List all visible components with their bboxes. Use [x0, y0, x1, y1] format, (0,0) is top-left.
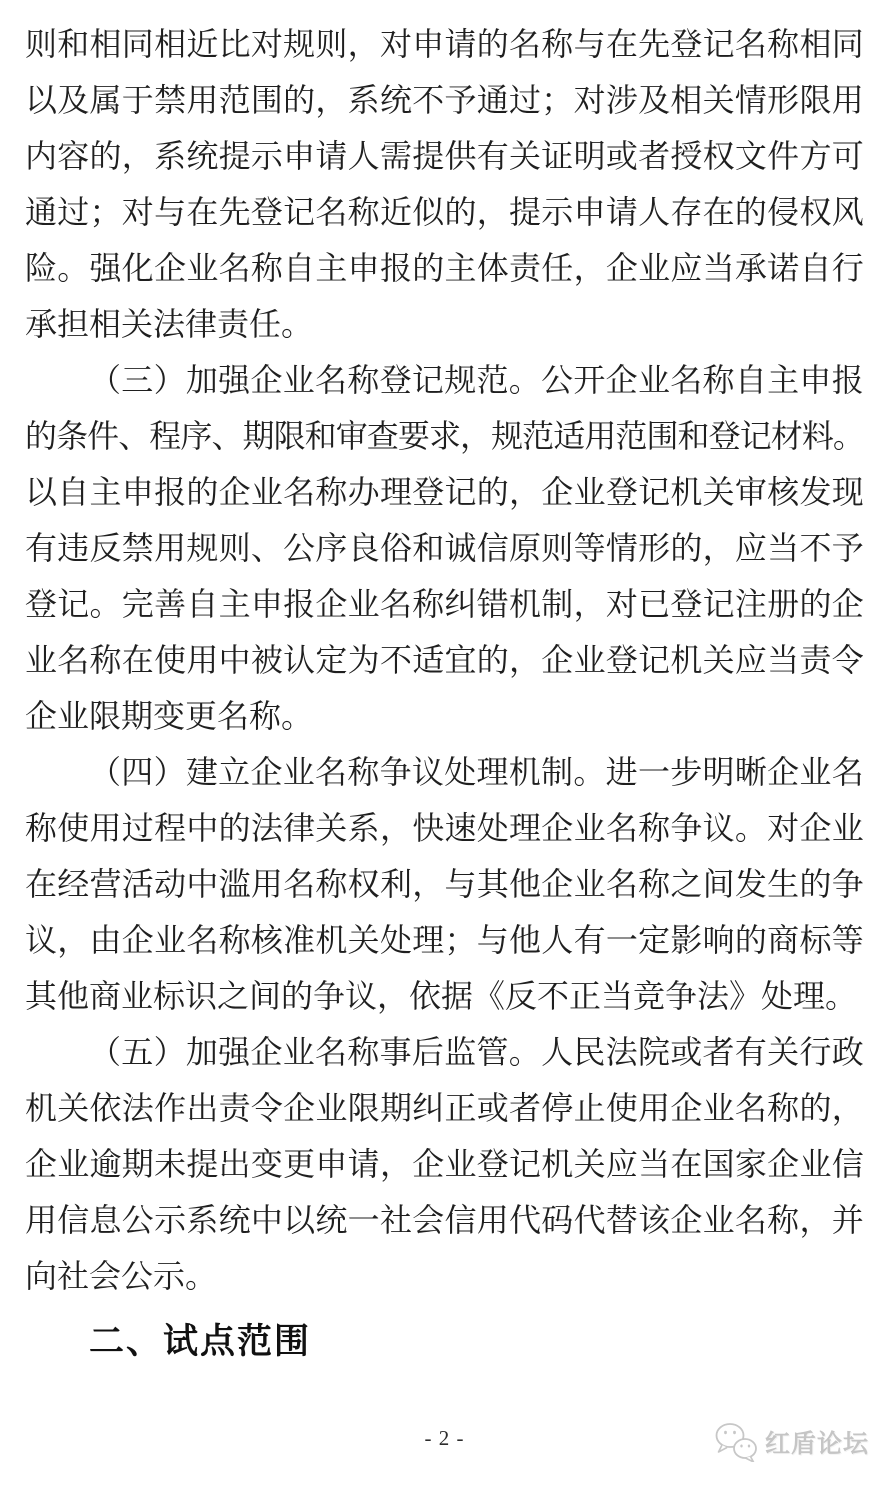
watermark-text: 红盾论坛	[765, 1424, 869, 1460]
text-line: 以自主申报的企业名称办理登记的，企业登记机关审核发现	[25, 464, 864, 520]
text-line: 企业逾期未提出变更申请，企业登记机关应当在国家企业信	[25, 1136, 864, 1192]
paragraphs-container: 则和相同相近比对规则，对申请的名称与在先登记名称相同以及属于禁用范围的，系统不予…	[25, 16, 864, 1304]
text-line: （五）加强企业名称事后监管。人民法院或者有关行政	[25, 1024, 864, 1080]
text-line: 则和相同相近比对规则，对申请的名称与在先登记名称相同	[25, 16, 864, 72]
text-line: 在经营活动中滥用名称权利，与其他企业名称之间发生的争	[25, 856, 864, 912]
text-line: 通过；对与在先登记名称近似的，提示申请人存在的侵权风	[25, 184, 864, 240]
text-line: 企业限期变更名称。	[25, 688, 864, 744]
text-line: 有违反禁用规则、公序良俗和诚信原则等情形的，应当不予	[25, 520, 864, 576]
watermark: 红盾论坛	[714, 1422, 869, 1462]
text-line: 承担相关法律责任。	[25, 296, 864, 352]
paragraph: （五）加强企业名称事后监管。人民法院或者有关行政机关依法作出责令企业限期纠正或者…	[25, 1024, 864, 1304]
text-line: 机关依法作出责令企业限期纠正或者停止使用企业名称的，	[25, 1080, 864, 1136]
text-line: 议，由企业名称核准机关处理；与他人有一定影响的商标等	[25, 912, 864, 968]
text-line: （四）建立企业名称争议处理机制。进一步明晰企业名	[25, 744, 864, 800]
text-line: 用信息公示系统中以统一社会信用代码代替该企业名称，并	[25, 1192, 864, 1248]
text-line: 险。强化企业名称自主申报的主体责任，企业应当承诺自行	[25, 240, 864, 296]
text-line: 以及属于禁用范围的，系统不予通过；对涉及相关情形限用	[25, 72, 864, 128]
text-line: 业名称在使用中被认定为不适宜的，企业登记机关应当责令	[25, 632, 864, 688]
document-page: 则和相同相近比对规则，对申请的名称与在先登记名称相同以及属于禁用范围的，系统不予…	[0, 0, 889, 1485]
paragraph: （三）加强企业名称登记规范。公开企业名称自主申报的条件、程序、期限和审查要求，规…	[25, 352, 864, 744]
document-body: 则和相同相近比对规则，对申请的名称与在先登记名称相同以及属于禁用范围的，系统不予…	[25, 16, 864, 1370]
text-line: 其他商业标识之间的争议，依据《反不正当竞争法》处理。	[25, 968, 864, 1024]
text-line: （三）加强企业名称登记规范。公开企业名称自主申报	[25, 352, 864, 408]
text-line: 向社会公示。	[25, 1248, 864, 1304]
text-line: 登记。完善自主申报企业名称纠错机制，对已登记注册的企	[25, 576, 864, 632]
text-line: 的条件、程序、期限和审查要求，规范适用范围和登记材料。	[25, 408, 864, 464]
paragraph: 则和相同相近比对规则，对申请的名称与在先登记名称相同以及属于禁用范围的，系统不予…	[25, 16, 864, 352]
text-line: 称使用过程中的法律关系，快速处理企业名称争议。对企业	[25, 800, 864, 856]
paragraph: （四）建立企业名称争议处理机制。进一步明晰企业名称使用过程中的法律关系，快速处理…	[25, 744, 864, 1024]
text-line: 内容的，系统提示申请人需提供有关证明或者授权文件方可	[25, 128, 864, 184]
section-heading: 二、试点范围	[25, 1314, 864, 1370]
wechat-icon	[714, 1422, 758, 1462]
